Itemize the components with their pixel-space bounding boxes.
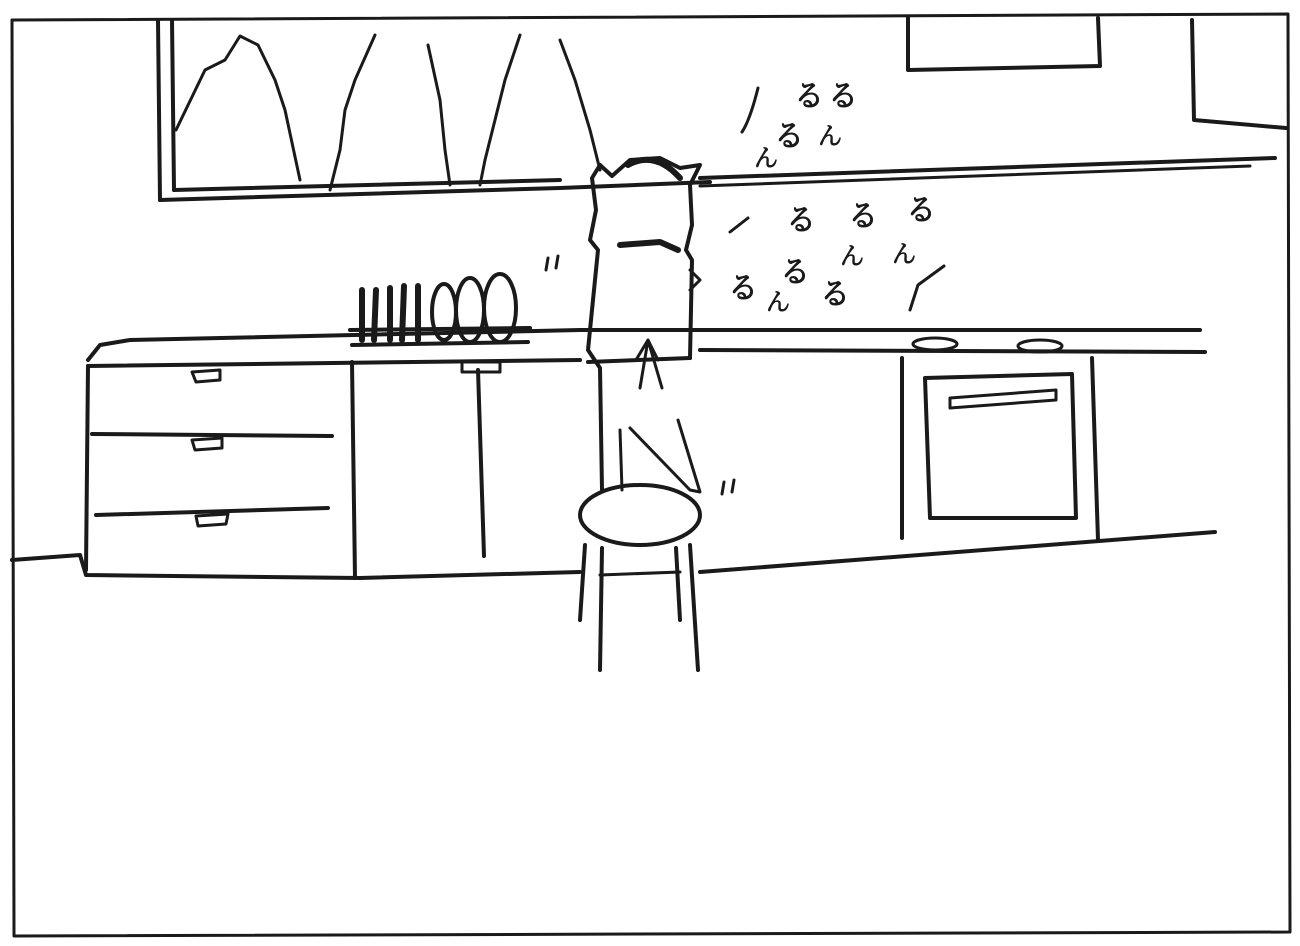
- svg-text:ん: ん: [840, 242, 864, 270]
- svg-text:ん: ん: [892, 240, 916, 268]
- apron-bow: [636, 340, 662, 388]
- window: [158, 20, 710, 200]
- svg-text:る: る: [820, 277, 850, 312]
- ditto-mark-right: [722, 480, 734, 494]
- frame-border: [12, 14, 1290, 936]
- svg-text:る: る: [828, 79, 858, 114]
- svg-text:る: る: [774, 119, 804, 154]
- stool: [580, 485, 700, 670]
- svg-text:ん: ん: [766, 288, 790, 316]
- wall-cabinet: [908, 18, 1286, 128]
- svg-text:る: る: [780, 255, 810, 290]
- sink-cabinet: [462, 362, 500, 556]
- svg-text:ん: ん: [818, 122, 842, 150]
- svg-text:る: る: [728, 271, 758, 306]
- svg-text:ん: ん: [754, 144, 778, 172]
- cat: [588, 158, 700, 492]
- cat-stripe: [620, 242, 678, 250]
- svg-text:る: る: [848, 199, 878, 234]
- svg-text:る: る: [906, 193, 936, 228]
- floor-line: [12, 555, 580, 578]
- svg-text:る: る: [786, 203, 816, 238]
- humming-sound-effects: る る る ん ん る る る ん ん る る ん る: [728, 79, 936, 316]
- drawer-cabinet: [86, 362, 355, 578]
- oven-handle: [950, 390, 1056, 408]
- ditto-mark-left: [546, 256, 558, 270]
- svg-text:る: る: [794, 79, 824, 114]
- kitchen-sketch: る る る ん ん る る る ん ん る る ん る: [0, 0, 1300, 946]
- stove: [902, 338, 1098, 540]
- apron-band: [588, 358, 690, 362]
